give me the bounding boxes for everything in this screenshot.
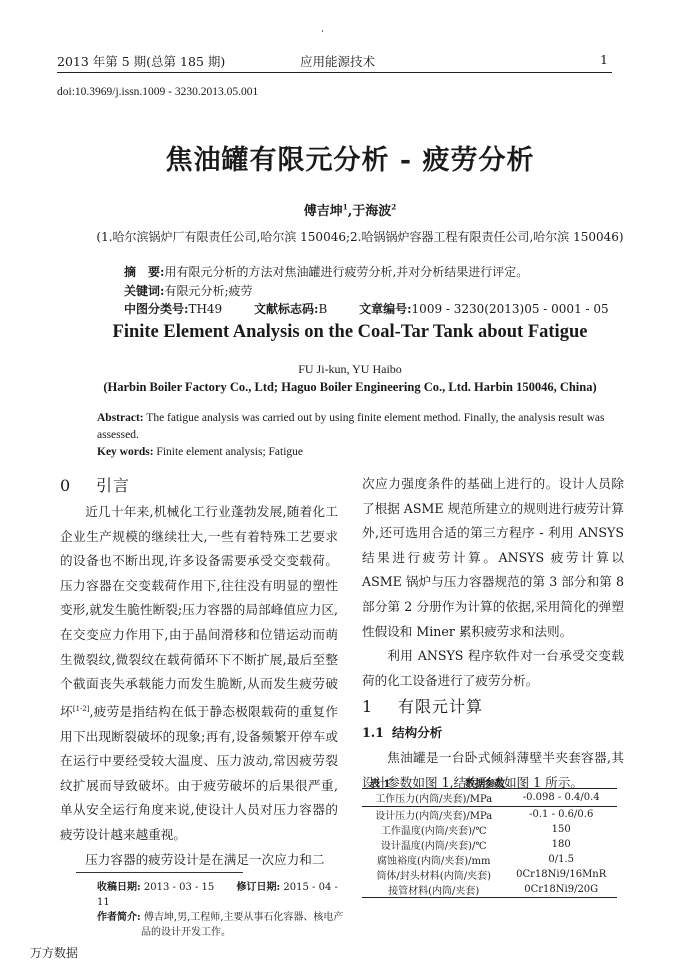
param-name: 腐蚀裕度(内筒/夹套)/mm <box>362 852 505 867</box>
table-1: 工作压力(内筒/夹套)/MPa-0.098 - 0.4/0.4 设计压力(内筒/… <box>362 788 617 898</box>
intro-text-cont: ,疲劳是指结构在低于静态极限载荷的重复作用下出现断裂破坏的现象;再有,设备频繁开… <box>60 704 338 842</box>
section-0-title: 引言 <box>96 476 130 495</box>
authors-en: FU Ji-kun, YU Haibo <box>0 362 700 377</box>
keywords-en-label: Key words: <box>97 446 154 458</box>
article-no-label: 文章编号: <box>359 302 411 316</box>
subsection-1-1-title: 结构分析 <box>392 725 442 740</box>
received-date: 2013 - 03 - 15 <box>144 882 214 893</box>
abstract-cn-label: 摘 要: <box>124 265 164 279</box>
abstract-en-para: Abstract: The fatigue analysis was carri… <box>97 410 617 444</box>
param-name: 工作温度(内筒/夹套)/℃ <box>362 822 505 837</box>
column-left: 0引言 近几十年来,机械化工行业蓬勃发展,随着化工企业生产规模的继续壮大,一些有… <box>76 472 338 872</box>
table-row: 工作压力(内筒/夹套)/MPa-0.098 - 0.4/0.4 <box>362 789 617 807</box>
keywords-cn-line: 关键词:有限元分析;疲劳 <box>124 282 609 301</box>
param-value: 180 <box>505 837 617 852</box>
param-value: 0Cr18Ni9/16MnR <box>505 867 617 882</box>
param-name: 工作压力(内筒/夹套)/MPa <box>362 789 505 807</box>
table-row: 腐蚀裕度(内筒/夹套)/mm0/1.5 <box>362 852 617 867</box>
param-value: -0.1 - 0.6/0.6 <box>505 807 617 823</box>
author-bio-label: 作者简介: <box>97 912 141 923</box>
intro-paragraph-2-start: 压力容器的疲劳设计是在满足一次应力和二 <box>60 848 338 873</box>
clc-label: 中图分类号: <box>124 302 188 316</box>
abstract-cn-text: 用有限元分析的方法对焦油罐进行疲劳分析,并对分析结果进行评定。 <box>164 265 528 279</box>
footnote-divider <box>76 872 243 873</box>
page-number: 1 <box>600 52 608 67</box>
abstract-en: Abstract: The fatigue analysis was carri… <box>97 410 617 461</box>
param-value: 150 <box>505 822 617 837</box>
issue-info: 2013 年第 5 期(总第 185 期) <box>57 52 225 70</box>
section-1-heading: 1有限元计算 <box>362 693 624 721</box>
author-2-affil: 2 <box>391 203 396 212</box>
received-label: 收稿日期: <box>97 882 141 893</box>
footnote: 收稿日期: 2013 - 03 - 15 修订日期: 2015 - 04 - 1… <box>97 880 347 940</box>
table-row: 接管材料(内筒/夹套)0Cr18Ni9/20G <box>362 882 617 898</box>
section-0-number: 0 <box>60 472 96 500</box>
subsection-1-1-heading: 1.1结构分析 <box>362 721 624 746</box>
abstract-en-label: Abstract: <box>97 412 144 424</box>
journal-name: 应用能源技术 <box>300 52 375 70</box>
param-value: 0Cr18Ni9/20G <box>505 882 617 898</box>
param-name: 接管材料(内筒/夹套) <box>362 882 505 898</box>
clc-value: TH49 <box>188 302 222 316</box>
doi[interactable]: doi:10.3969/j.issn.1009 - 3230.2013.05.0… <box>57 86 258 98</box>
author-bio-text: 傅吉坤,男,工程师,主要从事石化容器、核电产 <box>144 912 344 923</box>
title-en: Finite Element Analysis on the Coal-Tar … <box>0 322 700 343</box>
section-1-title: 有限元计算 <box>398 697 483 716</box>
abstract-en-text: The fatigue analysis was carried out by … <box>97 412 604 441</box>
scan-mark <box>322 30 323 32</box>
param-value: 0/1.5 <box>505 852 617 867</box>
article-no-value: 1009 - 3230(2013)05 - 0001 - 05 <box>412 302 609 316</box>
author-1: 傅吉坤 <box>304 204 343 219</box>
title-cn: 焦油罐有限元分析 - 疲劳分析 <box>0 138 700 177</box>
abstract-cn-line: 摘 要:用有限元分析的方法对焦油罐进行疲劳分析,并对分析结果进行评定。 <box>124 263 609 282</box>
dates-line: 收稿日期: 2013 - 03 - 15 修订日期: 2015 - 04 - 1… <box>97 880 347 910</box>
section-1-number: 1 <box>362 693 398 721</box>
author-bio-line-2: 品的设计开发工作。 <box>97 925 347 940</box>
author-2: 于海波 <box>352 204 391 219</box>
revised-label: 修订日期: <box>237 882 281 893</box>
running-header: 2013 年第 5 期(总第 185 期) 应用能源技术 1 <box>57 50 612 73</box>
table-row: 筒体/封头材料(内筒/夹套)0Cr18Ni9/16MnR <box>362 867 617 882</box>
param-name: 筒体/封头材料(内筒/夹套) <box>362 867 505 882</box>
keywords-en-line: Key words: Finite element analysis; Fati… <box>97 444 617 461</box>
author-bio-line: 作者简介: 傅吉坤,男,工程师,主要从事石化容器、核电产 <box>97 910 347 925</box>
citation[interactable]: [1-2] <box>73 705 90 713</box>
affiliation-cn: (1.哈尔滨锅炉厂有限责任公司,哈尔滨 150046;2.哈锅锅炉容器工程有限责… <box>60 228 660 245</box>
param-value: -0.098 - 0.4/0.4 <box>505 789 617 807</box>
keywords-en: Finite element analysis; Fatigue <box>154 446 303 458</box>
subsection-1-1-number: 1.1 <box>362 721 392 746</box>
authors-cn: 傅吉坤1,于海波2 <box>0 200 700 219</box>
param-name: 设计压力(内筒/夹套)/MPa <box>362 807 505 823</box>
keywords-cn-label: 关键词: <box>124 284 164 298</box>
doc-code-label: 文献标志码: <box>254 302 318 316</box>
section-0-heading: 0引言 <box>60 472 338 500</box>
keywords-cn: 有限元分析;疲劳 <box>164 284 252 298</box>
watermark: 万方数据 <box>30 944 78 961</box>
table-row: 设计压力(内筒/夹套)/MPa-0.1 - 0.6/0.6 <box>362 807 617 823</box>
intro-text: 近几十年来,机械化工行业蓬勃发展,随着化工企业生产规模的继续壮大,一些有着特殊工… <box>60 504 338 719</box>
intro-paragraph-2-cont: 次应力强度条件的基础上进行的。设计人员除了根据 ASME 规范所建立的规则进行疲… <box>362 472 624 644</box>
abstract-cn: 摘 要:用有限元分析的方法对焦油罐进行疲劳分析,并对分析结果进行评定。 关键词:… <box>124 263 609 319</box>
table-row: 工作温度(内筒/夹套)/℃150 <box>362 822 617 837</box>
intro-paragraph-1: 近几十年来,机械化工行业蓬勃发展,随着化工企业生产规模的继续壮大,一些有着特殊工… <box>60 500 338 848</box>
table-row: 设计温度(内筒/夹套)/℃180 <box>362 837 617 852</box>
affiliation-en: (Harbin Boiler Factory Co., Ltd; Haguo B… <box>0 380 700 395</box>
classification-line: 中图分类号:TH49 文献标志码:B 文章编号:1009 - 3230(2013… <box>124 300 609 319</box>
column-right: 次应力强度条件的基础上进行的。设计人员除了根据 ASME 规范所建立的规则进行疲… <box>362 472 624 795</box>
param-name: 设计温度(内筒/夹套)/℃ <box>362 837 505 852</box>
doc-code-value: B <box>318 302 327 316</box>
intro-paragraph-3: 利用 ANSYS 程序软件对一台承受交变载荷的化工设备进行了疲劳分析。 <box>362 644 624 693</box>
